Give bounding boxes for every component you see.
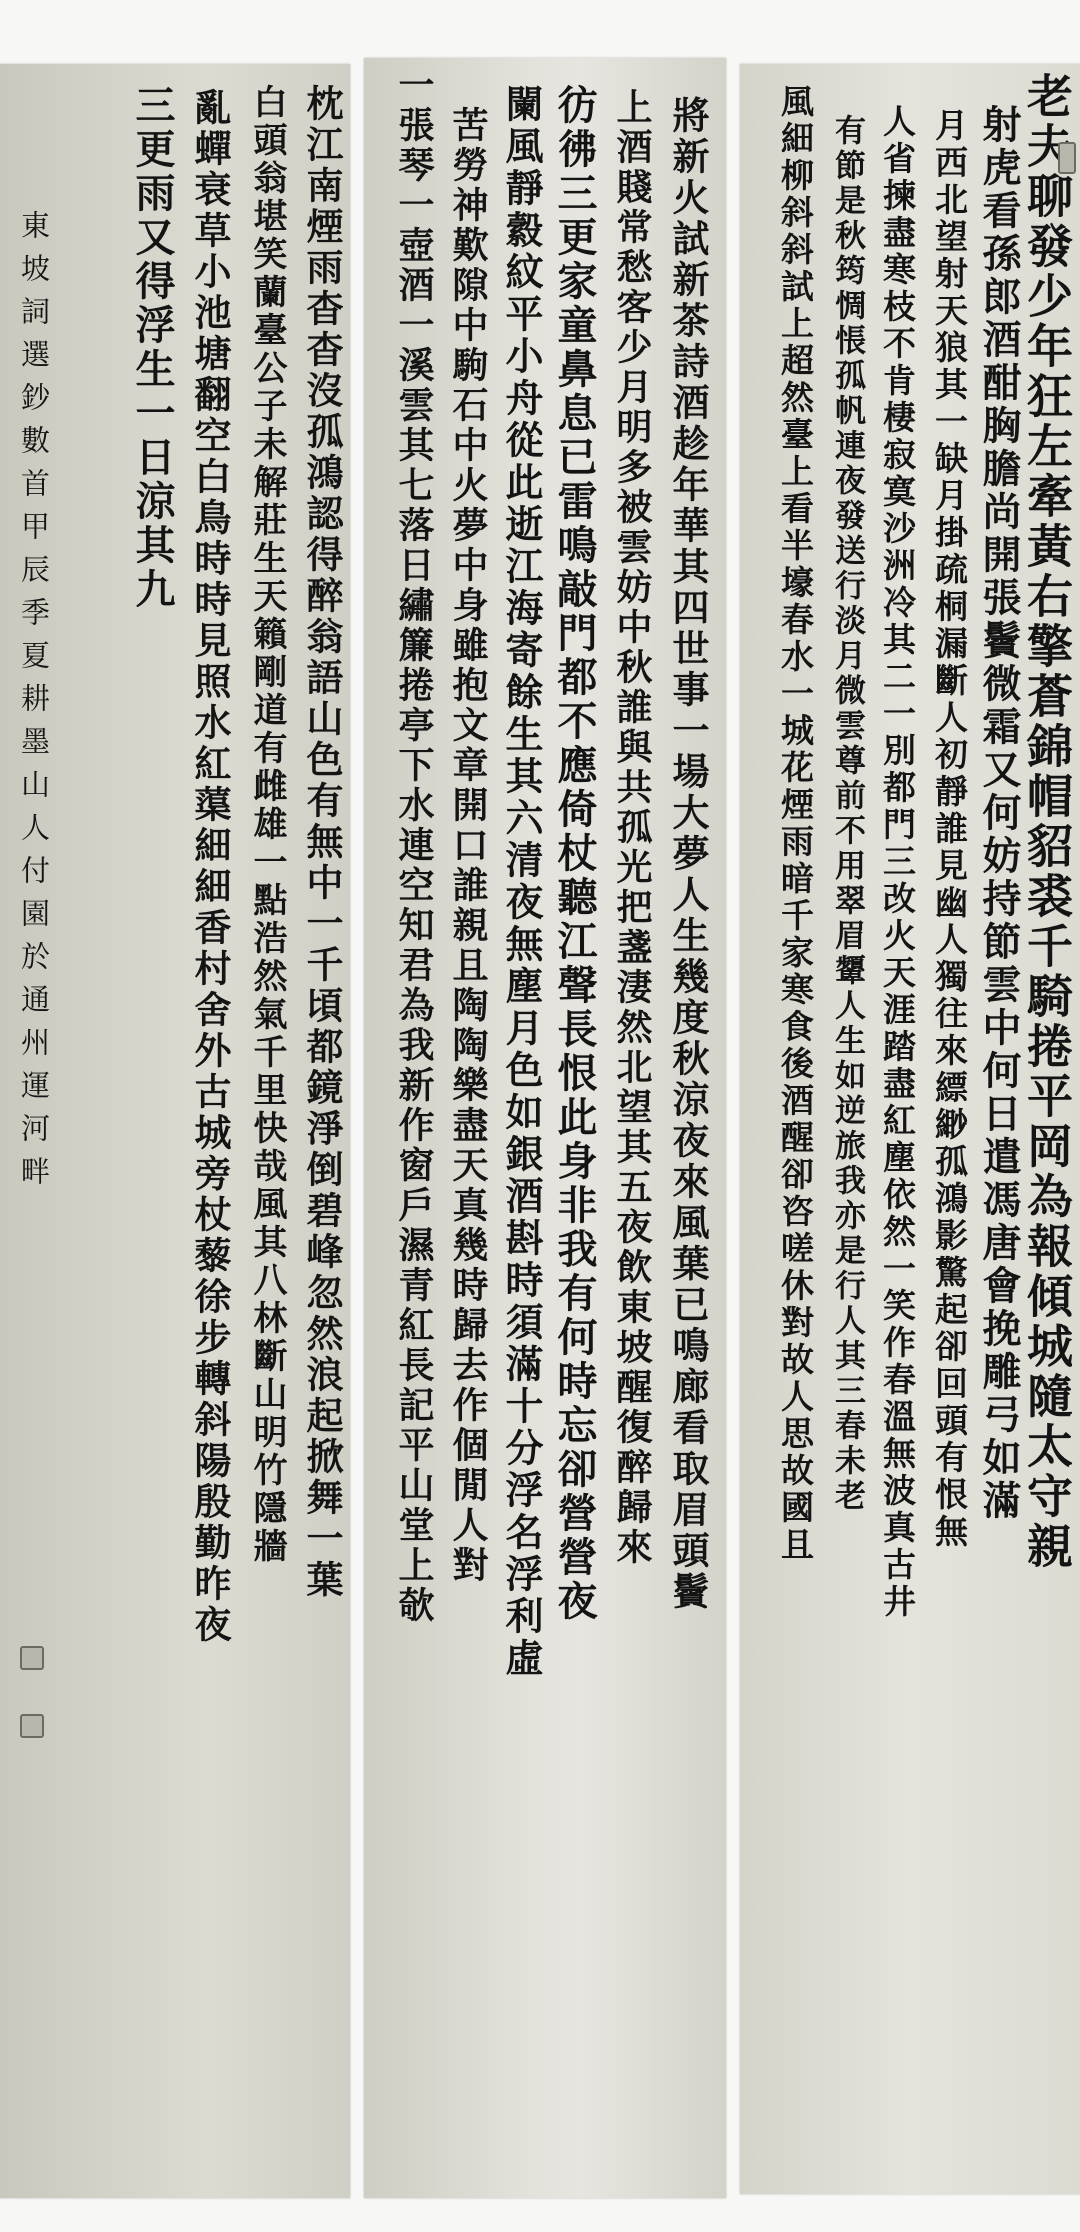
calligraphy-column: 有節是秋筠惆悵孤帆連夜發送行淡月微雲尊前不用翠眉顰人生如逆旅我亦是行人其三春未老	[831, 114, 862, 1514]
calligraphy-column: 月西北望射天狼其一缺月掛疏桐漏斷人初靜誰見幽人獨往來縹緲孤鴻影驚起卻回頭有恨無	[933, 108, 966, 1551]
seal-icon	[20, 1714, 44, 1738]
calligraphy-column: 射虎看孫郎酒酣胸膽尚開張鬢微霜又何妨持節雲中何日遣馮唐會挽雕弓如滿	[979, 104, 1018, 1523]
calligraphy-column: 三更雨又得浮生一日涼其九	[132, 84, 172, 612]
calligraphy-column: 亂蟬衰草小池塘翻空白鳥時時見照水紅蕖細細香村舍外古城旁杖藜徐步轉斜陽殷勤昨夜	[191, 88, 228, 1646]
calligraphy-column: 闌風靜縠紋平小舟從此逝江海寄餘生其六清夜無塵月色如銀酒斟時須滿十分浮名浮利虛	[502, 84, 540, 1680]
calligraphy-column: 枕江南煙雨杳杳沒孤鴻認得醉翁語山色有無中一千頃都鏡淨倒碧峰忽然浪起掀舞一葉	[303, 84, 340, 1601]
calligraphy-column: 風細柳斜斜試上超然臺上看半壕春水一城花煙雨暗千家寒食後酒醒卻咨嗟休對故人思故國且	[779, 84, 812, 1564]
middle-panel: 將新火試新茶詩酒趁年華其四世事一場大夢人生幾度秋涼夜來風葉已鳴廊看取眉頭鬢 上酒…	[364, 58, 726, 2198]
calligraphy-column: 上酒賤常愁客少月明多被雲妨中秋誰與共孤光把盞淒然北望其五夜飲東坡醒復醉歸來	[614, 88, 650, 1568]
seal-icon	[1058, 142, 1076, 174]
signature-inscription: 東坡詞選鈔數首甲辰季夏耕墨山人付園於通州運河畔	[19, 210, 48, 1199]
right-panel: 老夫聊發少年狂左牽黃右擎蒼錦帽貂裘千騎捲平岡為報傾城隨太守親 射虎看孫郎酒酣胸膽…	[740, 64, 1080, 2194]
seal-icon	[20, 1646, 44, 1670]
calligraphy-column: 人省揀盡寒枝不肯棲寂寞沙洲冷其二一別都門三改火天涯踏盡紅塵依然一笑作春溫無波真古…	[881, 104, 914, 1621]
calligraphy-column: 將新火試新茶詩酒趁年華其四世事一場大夢人生幾度秋涼夜來風葉已鳴廊看取眉頭鬢	[669, 96, 706, 1613]
calligraphy-column: 白頭翁堪笑蘭臺公子未解莊生天籟剛道有雌雄一點浩然氣千里快哉風其八林斷山明竹隱牆	[250, 84, 284, 1566]
calligraphy-column: 老夫聊發少年狂左牽黃右擎蒼錦帽貂裘千騎捲平岡為報傾城隨太守親	[1024, 72, 1070, 1572]
calligraphy-column: 彷彿三更家童鼻息已雷鳴敲門都不應倚杖聽江聲長恨此身非我有何時忘卻營營夜	[554, 84, 594, 1624]
calligraphy-column: 苦勞神歎隙中駒石中火夢中身雖抱文章開口誰親且陶陶樂盡天真幾時歸去作個閒人對	[450, 106, 486, 1586]
left-panel: 枕江南煙雨杳杳沒孤鴻認得醉翁語山色有無中一千頃都鏡淨倒碧峰忽然浪起掀舞一葉 白頭…	[0, 64, 350, 2198]
calligraphy-column: 一張琴一壺酒一溪雲其七落日繡簾捲亭下水連空知君為我新作窗戶濕青紅長記平山堂上欹	[396, 66, 432, 1626]
